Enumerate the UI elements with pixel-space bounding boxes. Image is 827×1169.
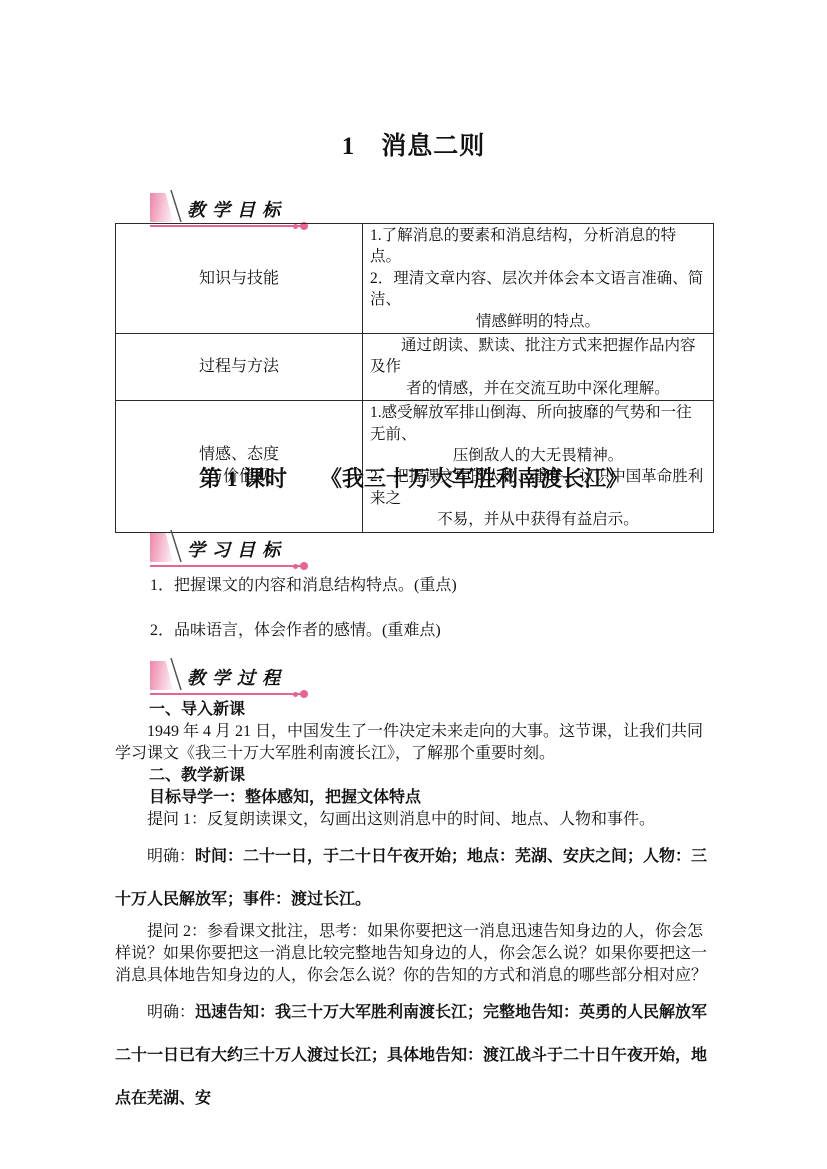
answer-text: 时间：二十一日，于二十日午夜开始；地点：芜湖、安庆之间；人物：三十万人民解放军；… [115, 848, 707, 908]
cell-line: 通过朗读、默读、批注方式来把握作品内容及作 [370, 335, 706, 378]
answer-label: 明确： [147, 848, 195, 865]
learning-goal-item: 2．品味语言，体会作者的感情。(重难点) [150, 621, 441, 641]
small-dot-icon [293, 692, 298, 697]
question-paragraph: 提问 2：参看课文批注，思考：如果你要把这一消息迅速告知身边的人，你会怎样说？如… [115, 921, 715, 987]
section-title: 学习目标 [183, 541, 287, 562]
row-content-cell: 通过朗读、默读、批注方式来把握作品内容及作 者的情感，并在交流互助中深化理解。 [363, 334, 714, 401]
teaching-process-content: 一、导入新课 1949 年 4 月 21 日，中国发生了一件决定未来走向的大事。… [115, 699, 715, 1120]
row-header-cell: 知识与技能 [116, 224, 363, 334]
large-dot-icon [300, 562, 308, 570]
page-title: 1 消息二则 [0, 126, 827, 162]
answer-paragraph: 明确：迅速告知：我三十万大军胜利南渡长江；完整地告知：英勇的人民解放军二十一日已… [115, 991, 715, 1120]
lesson-title: 第 1 课时 《我三十万大军胜利南渡长江》 [0, 462, 827, 493]
dots-decoration [293, 562, 308, 570]
small-dot-icon [293, 564, 298, 569]
cell-line: 情感鲜明的特点。 [370, 311, 706, 332]
dots-decoration [293, 690, 308, 698]
answer-label: 明确： [147, 1004, 195, 1021]
cell-line: 2．理清文章内容、层次并体会本文语言准确、简洁、 [370, 268, 706, 311]
answer-text: 迅速告知：我三十万大军胜利南渡长江；完整地告知：英勇的人民解放军二十一日已有大约… [115, 1004, 707, 1107]
learning-goal-item: 1．把握课文的内容和消息结构特点。(重点) [150, 576, 457, 596]
table-row: 过程与方法 通过朗读、默读、批注方式来把握作品内容及作 者的情感，并在交流互助中… [116, 334, 714, 401]
process-heading: 一、导入新课 [115, 699, 715, 721]
section-header-learning-goals: 学习目标 [150, 528, 303, 567]
row-header-text: 过程与方法 [116, 356, 362, 378]
section-title: 教学过程 [183, 669, 287, 690]
cell-line: 1.感受解放军排山倒海、所向披靡的气势和一往无前、 [370, 402, 706, 445]
section-header-teaching-process: 教学过程 [150, 656, 303, 695]
section-title: 教学目标 [183, 201, 287, 222]
row-header-text: 知识与技能 [116, 268, 362, 290]
cell-line: 不易，并从中获得有益启示。 [370, 509, 706, 530]
row-header-cell: 过程与方法 [116, 334, 363, 401]
process-paragraph: 1949 年 4 月 21 日，中国发生了一件决定未来走向的大事。这节课，让我们… [115, 721, 715, 765]
section-header-teaching-goals: 教学目标 [150, 188, 303, 227]
process-heading: 二、教学新课 [115, 765, 715, 787]
process-subheading: 目标导学一：整体感知，把握文体特点 [115, 787, 715, 809]
cell-line: 1.了解消息的要素和消息结构，分析消息的特点。 [370, 225, 706, 268]
large-dot-icon [300, 690, 308, 698]
row-content-cell: 1.了解消息的要素和消息结构，分析消息的特点。 2．理清文章内容、层次并体会本文… [363, 224, 714, 334]
lesson-plan-page: 1 消息二则 教学目标 知识与技能 1.了解消息的要素和消息结构，分析消息的特点… [0, 0, 827, 1169]
answer-paragraph: 明确：时间：二十一日，于二十日午夜开始；地点：芜湖、安庆之间；人物：三十万人民解… [115, 835, 715, 921]
question-paragraph: 提问 1：反复朗读课文，勾画出这则消息中的时间、地点、人物和事件。 [115, 809, 715, 831]
cell-line: 者的情感，并在交流互助中深化理解。 [370, 378, 706, 399]
table-row: 知识与技能 1.了解消息的要素和消息结构，分析消息的特点。 2．理清文章内容、层… [116, 224, 714, 334]
